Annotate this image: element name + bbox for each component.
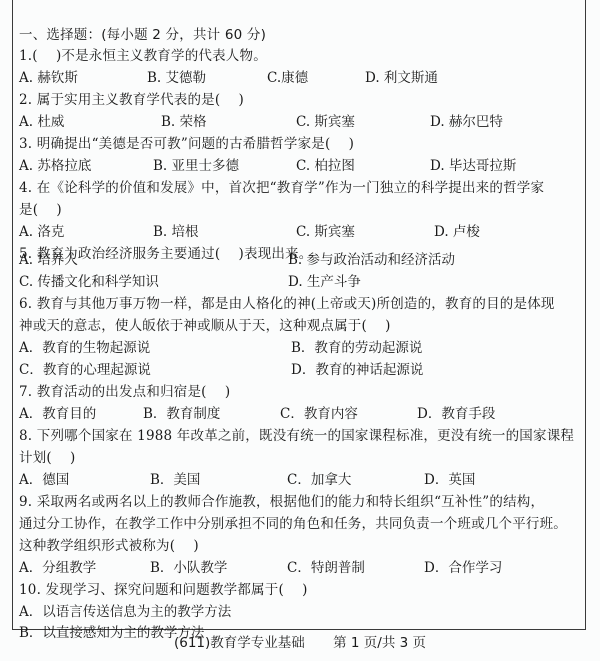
question-4-stem-line-2: 是( ) [19, 201, 62, 220]
question-2-stem: 2. 属于实用主义教育学代表的是( ) [19, 91, 244, 110]
q6-option-d: D．教育的神话起源说 [291, 361, 423, 380]
q8-option-b: B．美国 [150, 471, 200, 490]
q2-option-d: D. 赫尔巴特 [430, 113, 503, 132]
question-6-stem-line-1: 6. 教育与其他万事万物一样，都是由人格化的神(上帝或天)所创造的，教育的目的是… [19, 295, 555, 314]
q1-option-b: B. 艾德勒 [147, 69, 206, 88]
q5-option-d: D. 生产斗争 [288, 273, 361, 292]
question-7-stem: 7. 教育活动的出发点和归宿是( ) [19, 383, 230, 402]
q2-option-c: C. 斯宾塞 [296, 113, 355, 132]
section-heading: 一、选择题：(每小题 2 分，共计 60 分) [19, 26, 266, 45]
q4-option-b: B. 培根 [153, 223, 199, 242]
q8-option-a: A．德国 [19, 471, 69, 490]
q8-option-c: C．加拿大 [287, 471, 351, 490]
q7-option-d: D．教育手段 [417, 405, 495, 424]
q1-option-a: A. 赫钦斯 [19, 69, 78, 88]
q5-option-c: C. 传播文化和科学知识 [19, 273, 159, 292]
q3-option-b: B. 亚里士多德 [153, 157, 239, 176]
q4-option-a: A. 洛克 [19, 223, 64, 242]
q4-option-d: D. 卢梭 [434, 223, 480, 242]
q2-option-a: A. 杜威 [19, 113, 64, 132]
course-title: (611)教育学专业基础 [174, 635, 305, 651]
q3-option-c: C. 柏拉图 [296, 157, 355, 176]
q2-option-b: B. 荣格 [161, 113, 207, 132]
page-footer: (611)教育学专业基础 第 1 页/共 3 页 [0, 634, 600, 653]
q1-option-c: C.康德 [267, 69, 308, 88]
question-3-stem: 3. 明确提出“美德是否可教”问题的古希腊哲学家是( ) [19, 135, 354, 154]
q8-option-d: D．英国 [424, 471, 475, 490]
q4-option-c: C. 斯宾塞 [296, 223, 355, 242]
q9-option-d: D．合作学习 [424, 559, 502, 578]
q9-option-c: C．特朗普制 [287, 559, 365, 578]
question-1-stem: 1.( )不是永恒主义教育学的代表人物。 [19, 47, 267, 66]
q1-option-d: D. 利文斯通 [365, 69, 438, 88]
q7-option-c: C．教育内容 [280, 405, 358, 424]
q9-option-b: B．小队教学 [150, 559, 227, 578]
question-8-stem-line-2: 计划( ) [19, 449, 76, 468]
question-9-stem-line-1: 9. 采取两名或两名以上的教师合作施教，根据他们的能力和特长组织“互补性”的结构… [19, 493, 544, 512]
q6-option-a: A．教育的生物起源说 [19, 339, 150, 358]
question-9-stem-line-2: 通过分工协作，在教学工作中分别承担不同的角色和任务，共同负责一个班或几个平行班。 [19, 515, 567, 534]
q10-option-a: A．以语言传送信息为主的教学方法 [19, 603, 231, 622]
q7-option-a: A．教育目的 [19, 405, 96, 424]
q6-option-c: C．教育的心理起源说 [19, 361, 151, 380]
q3-option-d: D. 毕达哥拉斯 [430, 157, 516, 176]
q7-option-b: B．教育制度 [143, 405, 220, 424]
question-8-stem-line-1: 8. 下列哪个国家在 1988 年改革之前，既没有统一的国家课程标准，更没有统一… [19, 427, 574, 446]
question-6-stem-line-2: 神或天的意志，使人皈依于神或顺从于天，这种观点属于( ) [19, 317, 391, 336]
question-9-stem-line-3: 这种教学组织形式被称为( ) [19, 537, 199, 556]
q6-option-b: B．教育的劳动起源说 [291, 339, 422, 358]
question-10-stem: 10. 发现学习、探究问题和问题教学都属于( ) [19, 581, 308, 600]
question-4-stem-line-1: 4. 在《论科学的价值和发展》中，首次把“教育学”作为一门独立的科学提出来的哲学… [19, 179, 544, 198]
q5-option-a: A. 培养人 [19, 251, 78, 270]
q9-option-a: A．分组教学 [19, 559, 96, 578]
page-number: 第 1 页/共 3 页 [333, 635, 426, 651]
q3-option-a: A. 苏格拉底 [19, 157, 91, 176]
q5-option-b: B. 参与政治活动和经济活动 [288, 251, 455, 270]
